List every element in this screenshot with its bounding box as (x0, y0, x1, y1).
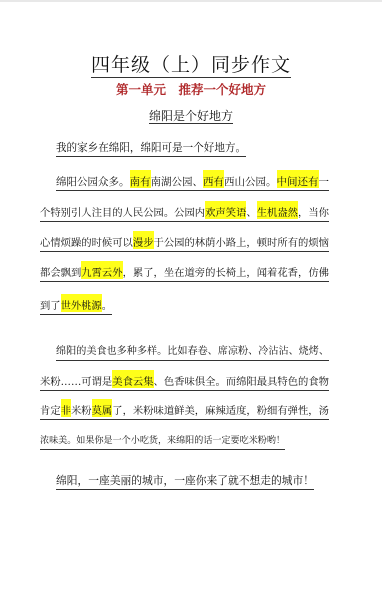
highlighted-phrase: 莫属 (92, 405, 113, 417)
text-segment: 绵阳，一座美丽的城市，一座你来了就不想走的城市！ (56, 474, 314, 487)
text-segment: 西山公园。 (224, 176, 277, 188)
text-segment: ，当你 (298, 207, 329, 219)
text-segment: 肯定 (40, 405, 61, 417)
essay-title-text: 绵阳是个好地方 (149, 109, 233, 124)
text-segment: 、 (246, 207, 256, 219)
top-border (0, 0, 382, 2)
text-segment: 浓味美。如果你是一个小吃货，来绵阳的话一定要吃米粉哟！ (40, 436, 285, 446)
highlighted-phrase: 漫步 (133, 237, 154, 249)
text-line: 到了世外桃源。 (40, 298, 112, 315)
text-line: 肯定非米粉莫属了，米粉味道鲜美，麻辣适度，粉细有弹性，汤 (40, 403, 329, 420)
text-segment: 绵阳的美食也多种多样。比如春卷、席凉粉、冷沾沾、烧烤、 (56, 346, 329, 357)
text-line: 都会飘到九霄云外，累了，坐在道旁的长椅上，闻着花香，仿佛 (40, 265, 329, 282)
highlighted-phrase: 南有 (130, 176, 151, 188)
text-segment: 到了 (40, 300, 61, 312)
text-segment: 心情烦躁的时候可以 (40, 237, 133, 249)
text-line: 米粉……可谓是美食云集、色香味俱全。而绵阳最具特色的食物 (40, 374, 329, 391)
text-segment: 我的家乡在绵阳，绵阳可是一个好地方。 (56, 142, 246, 154)
text-segment: 南湖公园、 (151, 176, 204, 188)
unit-subtitle: 第一单元 推荐一个好地方 (0, 80, 382, 98)
text-segment: 于公园的林荫小路上，顿时所有的烦恼 (154, 237, 329, 249)
highlighted-phrase: 西有 (203, 176, 224, 188)
highlighted-phrase: 欢声笑语 (205, 207, 246, 219)
text-segment: 米粉 (71, 405, 92, 417)
text-segment: 个特别引人注目的人民公园。公园内 (40, 207, 205, 219)
title-text: 四年级（上）同步作文 (91, 54, 291, 78)
text-line: 个特别引人注目的人民公园。公园内欢声笑语、生机盎然，当你 (40, 205, 329, 222)
text-segment: ，累了，坐在道旁的长椅上，闻着花香，仿佛 (123, 267, 329, 279)
essay-title: 绵阳是个好地方 (0, 107, 382, 124)
text-segment: 绵阳公园众多。 (56, 176, 130, 188)
highlighted-phrase: 非 (61, 405, 71, 417)
text-line: 心情烦躁的时候可以漫步于公园的林荫小路上，顿时所有的烦恼 (40, 235, 329, 252)
highlighted-phrase: 九霄云外 (81, 267, 122, 279)
text-line: 绵阳公园众多。南有南湖公园、西有西山公园。中间还有一 (56, 174, 329, 191)
text-line: 我的家乡在绵阳，绵阳可是一个好地方。 (56, 140, 246, 157)
text-segment: 、色香味俱全。而绵阳最具特色的食物 (154, 376, 329, 388)
highlighted-phrase: 生机盎然 (257, 207, 298, 219)
text-segment: 了，米粉味道鲜美，麻辣适度，粉细有弹性，汤 (112, 405, 329, 417)
highlighted-phrase: 美食云集 (112, 376, 153, 388)
text-segment: 都会飘到 (40, 267, 81, 279)
text-segment: 一 (319, 176, 330, 188)
text-segment: 米粉……可谓是 (40, 376, 112, 388)
text-line: 浓味美。如果你是一个小吃货，来绵阳的话一定要吃米粉哟！ (40, 433, 285, 450)
highlighted-phrase: 世外桃源 (61, 300, 102, 312)
document-title: 四年级（上）同步作文 (0, 50, 382, 77)
text-line: 绵阳，一座美丽的城市，一座你来了就不想走的城市！ (56, 473, 314, 490)
text-segment: 。 (102, 300, 112, 312)
text-line: 绵阳的美食也多种多样。比如春卷、席凉粉、冷沾沾、烧烤、 (56, 344, 329, 361)
highlighted-phrase: 中间还有 (277, 176, 319, 188)
